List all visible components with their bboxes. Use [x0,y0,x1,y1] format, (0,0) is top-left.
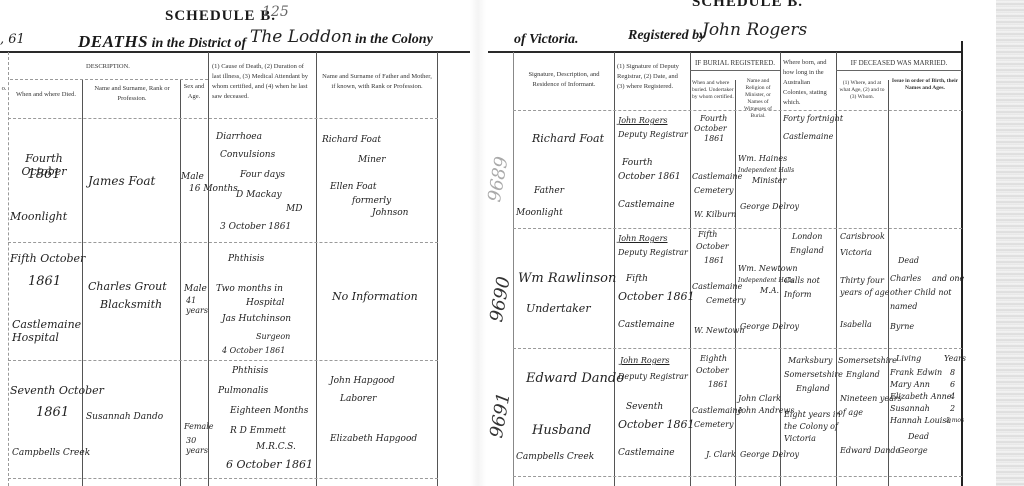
married-line: England [846,370,880,380]
header-name-rank: Name and Surname, Rank or Profession. [86,84,178,104]
parent-line: formerly [352,196,391,207]
issue-line: named [890,302,917,312]
burial-line: October [696,242,729,252]
row-divider [836,70,962,71]
sex: Female [184,422,214,432]
burial-line: W. Kilburn [694,210,736,220]
margin-number: 9690 [486,275,515,324]
issue-name: Mary Ann [890,380,930,390]
cause-line: Jas Hutchinson [222,314,291,325]
deputy-line: John Rogers [618,116,668,126]
page-edge [996,0,1024,486]
deputy-line: Deputy Registrar [618,130,688,140]
when-died: Seventh October [10,384,104,397]
burial-line: October [694,124,727,134]
cause-line: Four days [240,170,285,181]
header-issue: Issue in order of Birth, their Names and… [890,78,960,92]
deceased-name: Susannah Dando [86,412,163,423]
cause-line: Two months in [216,284,283,295]
register-title: DEATHS in the District of [78,32,246,52]
parent-line: Elizabeth Hapgood [330,434,417,445]
deputy-line: Castlemaine [618,448,675,459]
cause-line: Eighteen Months [230,406,308,417]
cause-line: 6 October 1861 [226,458,313,471]
page-reference: , 61 [0,32,25,47]
issue-line: and one [932,274,964,284]
margin-number: 9689 [484,155,513,204]
issue-age: 5 mos [946,416,964,426]
burial-line: Cemetery [694,186,733,196]
informant-line: Richard Foat [532,132,604,145]
birthplace-line: Castlemaine [783,132,833,142]
minister-line: Independent Halls [738,166,794,176]
minister-line: George Delroy [740,450,799,460]
cause-line: Phthisis [228,254,264,265]
deputy-line: October 1861 [618,172,681,183]
issue-name: Elizabeth Anne [890,392,952,402]
minister-line: Wm. Haines [738,154,787,164]
deputy-line: Fifth [626,274,648,285]
burial-line: Eighth [700,354,727,364]
informant-line: Undertaker [526,302,591,315]
header-no: o. [0,84,8,94]
married-line: years of age [840,288,889,298]
married-line: Carisbrook [840,232,885,242]
header-parents: Name and Surname of Father and Mother, i… [320,72,434,92]
header-when-where: When and where Died. [12,90,80,100]
col-divider [513,52,514,486]
informant-line: Father [534,186,564,197]
issue-name: Hannah Louisa [890,416,951,426]
row-divider [8,360,438,361]
col-divider [614,52,615,486]
sex: Male [184,284,207,295]
year-died: 1861 [6,168,82,181]
header-deputy: (1) Signature of Deputy Registrar, (2) D… [617,62,687,92]
burial-line: Cemetery [706,296,745,306]
header-married-where: (1) Where, and at what Age, (2) and to (… [838,80,886,101]
deputy-line: Deputy Registrar [618,372,688,382]
burial-line: J. Clark [706,450,736,460]
married-line: Isabella [840,320,872,330]
issue-name: Susannah [890,404,930,414]
deputy-line: John Rogers [618,234,668,244]
issue-age: 8 [950,368,955,378]
header-burial-minister: Name and Religion of Minister, or Names … [737,78,779,120]
district-label: in the District of [152,36,247,51]
parent-line: Johnson [372,208,408,219]
cause-line: Diarrhoea [216,132,262,143]
deputy-line: Castlemaine [618,320,675,331]
deputy-line: October 1861 [618,290,695,303]
issue-age: 4 [950,392,955,402]
header-rule [488,51,962,53]
cause-line: M.R.C.S. [256,442,296,453]
schedule-title-right: SCHEDULE B. [692,0,803,11]
issue-name: Living [896,354,921,364]
cause-line: 3 October 1861 [220,222,291,233]
cause-line: Surgeon [256,332,290,342]
year-died: 1861 [28,275,61,288]
registered-by-label: Registered by [628,28,705,44]
issue-age: Years [944,354,966,364]
married-line: Thirty four [840,276,884,286]
header-birthplace: Where born, and how long in the Australi… [783,58,835,108]
header-rule [0,51,470,53]
minister-line: Minister [752,176,786,186]
district-name: The Loddon [250,27,352,47]
birthplace-line: the Colony of [784,422,838,432]
married-line: of age [838,408,863,418]
col-divider [888,80,889,486]
birthplace-line: Somersetshire [784,370,843,380]
birthplace-line: Inform [784,290,812,300]
minister-line: John Clark [738,394,781,404]
row-divider [8,478,438,479]
informant-line: Edward Dando [526,372,624,385]
row-divider [8,242,438,243]
deputy-line: Seventh [626,402,663,413]
issue-name: Dead [908,432,929,442]
deceased-name: Charles Grout [88,280,167,293]
burial-line: 1861 [704,256,724,266]
issue-name: George [898,446,928,456]
row-divider [513,110,962,111]
married-line: Edward Dando [840,446,900,456]
margin-number: 9691 [486,391,515,440]
age: 16 Months [189,184,238,195]
deceased-name: James Foat [88,175,155,188]
deputy-line: Castlemaine [618,200,675,211]
burial-line: W. Newtown [694,326,745,336]
row-divider [690,70,780,71]
informant-line: Moonlight [516,208,563,219]
burial-line: October [696,366,729,376]
parent-line: Laborer [340,394,376,405]
birthplace-line: Victoria [784,434,816,444]
year-died: 1861 [36,406,69,419]
row-divider [513,348,962,349]
when-died: Fifth October [10,252,85,265]
issue-name: Frank Edwin [890,368,942,378]
sex: Male [181,172,204,183]
colony-label: in the Colony [355,32,433,48]
deputy-line: October 1861 [618,418,695,431]
row-divider [513,476,962,477]
burial-line: Castlemaine [692,172,742,182]
birthplace-line: Marksbury [788,356,832,366]
married-line: Victoria [840,248,872,258]
where-died: Moonlight [10,210,67,223]
schedule-number: 125 [262,4,289,20]
burial-line: 1861 [704,134,724,144]
header-description: DESCRIPTION. [10,62,206,72]
where-died: Castlemaine Hospital [12,318,78,344]
header-burial-when: When and where buried. Undertaker by who… [692,80,734,101]
row-divider [8,118,438,119]
informant-line: Husband [532,424,591,437]
birthplace-line: England [790,246,824,256]
issue-age: 6 [950,380,955,390]
header-cause: (1) Cause of Death, (2) Duration of last… [212,62,314,102]
informant-line: Campbells Creek [516,452,594,463]
schedule-title-left: SCHEDULE B. [165,8,276,25]
informant-line: Wm Rawlinson [518,272,616,285]
header-informant: Signature, Description, and Residence of… [516,70,612,90]
birthplace-line: Calls not [784,276,820,286]
burial-line: Castlemaine [692,406,742,416]
minister-line: M.A. [760,286,779,296]
cause-line: 4 October 1861 [222,346,285,356]
cause-line: MD [286,204,302,215]
deputy-line: John Rogers [620,356,670,366]
header-burial-group: IF BURIAL REGISTERED. [692,58,778,68]
deputy-line: Fourth [622,158,653,169]
cause-line: Pulmonalis [218,386,268,397]
cause-line: R D Emmett [230,426,286,437]
parent-line: Miner [358,155,386,166]
header-sex-age: Sex and Age. [182,82,206,102]
parent-line: John Hapgood [330,376,395,387]
issue-line: Dead [898,256,919,266]
burial-line: Cemetery [694,420,733,430]
header-married-group: IF DECEASED WAS MARRIED. [838,58,960,68]
row-divider [513,228,962,229]
burial-line: Castlemaine [692,282,742,292]
issue-line: Byrne [890,322,914,332]
registrar-signature: John Rogers [702,20,807,40]
cause-line: Hospital [246,298,284,309]
parent-line: Richard Foat [322,135,381,146]
age: 41 years [186,296,206,316]
birthplace-line: London [792,232,822,242]
minister-line: George Delroy [740,202,799,212]
deaths-heading: DEATHS [78,32,148,51]
minister-line: George Delroy [740,322,799,332]
birthplace-line: Forty fortnight [783,114,843,124]
birthplace-line: Eight years in [784,410,841,420]
burial-line: Fourth [700,114,727,124]
parent-line: No Information [332,290,418,303]
age: 30 years [186,436,206,456]
col-divider [180,80,181,486]
minister-line: Wm. Newtown [738,264,798,274]
deceased-rank: Blacksmith [100,298,162,311]
issue-line: other Child not [890,288,952,298]
col-divider [82,80,83,486]
burial-line: Fifth [698,230,717,240]
colony-name: of Victoria. [514,32,579,48]
deputy-line: Deputy Registrar [618,248,688,258]
married-line: Somersetshire [838,356,897,366]
page-gutter [470,0,486,486]
cause-line: Phthisis [232,366,268,377]
burial-line: 1861 [708,380,728,390]
issue-line: Charles [890,274,921,284]
issue-age: 2 [950,404,955,414]
cause-line: D Mackay [236,190,282,201]
where-died: Campbells Creek [12,448,90,459]
row-divider [10,79,208,80]
birthplace-line: England [796,384,830,394]
parent-line: Ellen Foat [330,182,376,193]
cause-line: Convulsions [220,150,275,161]
